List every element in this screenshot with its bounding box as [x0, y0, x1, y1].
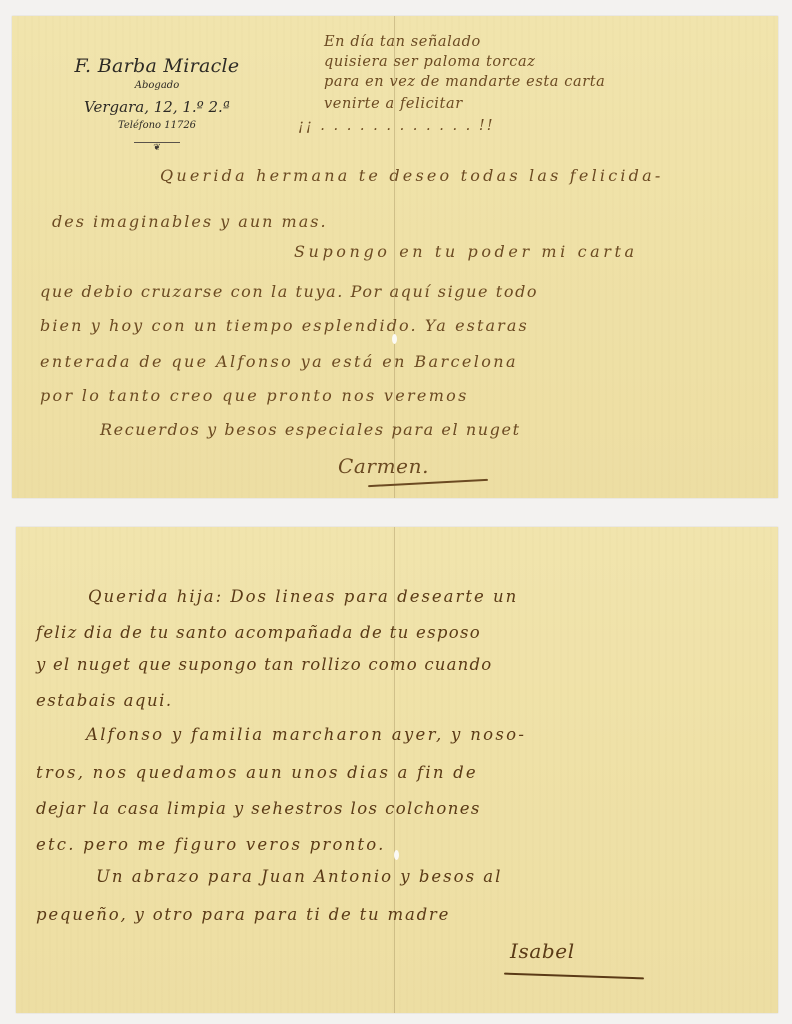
letterhead-name: F. Barba Miracle — [52, 54, 262, 78]
poem-line: ¡¡ . . . . . . . . . . . . !! — [298, 118, 495, 134]
poem-line: venirte a felicitar — [324, 96, 463, 112]
letter-line: Un abrazo para Juan Antonio y besos al — [96, 867, 502, 886]
letter-line: Recuerdos y besos especiales para el nug… — [100, 420, 521, 439]
letterhead-title: Abogado — [52, 78, 262, 94]
letter-line: dejar la casa limpia y sehestros los col… — [36, 799, 481, 818]
signature: Isabel — [510, 939, 575, 963]
letter-line: Supongo en tu poder mi carta — [294, 242, 638, 261]
paper-hole — [394, 850, 399, 860]
letter-line: por lo tanto creo que pronto nos veremos — [40, 386, 469, 405]
letterhead-address: Vergara, 12, 1.º 2.ª — [52, 96, 262, 118]
letter-line: que debio cruzarse con la tuya. Por aquí… — [40, 282, 538, 301]
letter-line: estabais aqui. — [36, 691, 173, 710]
signature: Carmen. — [338, 454, 429, 478]
letter-line: Alfonso y familia marcharon ayer, y noso… — [86, 725, 526, 744]
letter-line: etc. pero me figuro veros pronto. — [36, 835, 386, 854]
letter-line: y el nuget que supongo tan rollizo como … — [36, 655, 492, 674]
letter-line: pequeño, y otro para para ti de tu madre — [36, 905, 450, 924]
letterhead-phone: Teléfono 11726 — [52, 118, 262, 134]
signature-flourish — [504, 973, 644, 979]
paper-hole — [392, 334, 397, 344]
ornament-icon: ❦ — [52, 143, 262, 153]
letterhead: F. Barba Miracle Abogado Vergara, 12, 1.… — [52, 54, 262, 153]
letter-line: des imaginables y aun mas. — [52, 212, 328, 231]
letter-sheet-bottom: Querida hija: Dos lineas para desearte u… — [16, 527, 778, 1013]
letter-line: enterada de que Alfonso ya está en Barce… — [40, 352, 518, 371]
poem-line: para en vez de mandarte esta carta — [324, 74, 605, 90]
signature-flourish — [368, 479, 488, 487]
letter-line: Querida hija: Dos lineas para desearte u… — [88, 587, 518, 606]
letter-line: bien y hoy con un tiempo esplendido. Ya … — [40, 316, 529, 335]
letter-line: Querida hermana te deseo todas las felic… — [160, 166, 663, 185]
letter-sheet-top: F. Barba Miracle Abogado Vergara, 12, 1.… — [12, 16, 778, 498]
poem-line: En día tan señalado — [324, 34, 481, 50]
poem-line: quisiera ser paloma torcaz — [324, 54, 535, 70]
letter-line: feliz dia de tu santo acompañada de tu e… — [36, 623, 481, 642]
letterhead-rule — [134, 142, 180, 143]
letter-line: tros, nos quedamos aun unos dias a fin d… — [36, 763, 478, 782]
